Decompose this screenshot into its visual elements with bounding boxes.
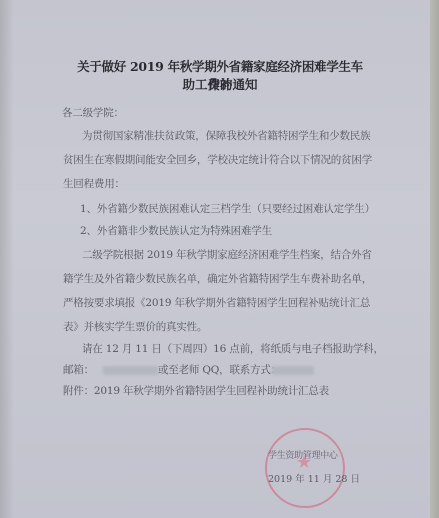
redacted-phone	[272, 366, 314, 375]
body-line: 贫困生在寒假期间能安全回乡，学校决定统计符合以下情况的贫困学	[63, 153, 372, 167]
body-line: 请在 12 月 11 日（下周四）16 点前，将纸质与电子档报助学科，	[82, 342, 384, 356]
email-label: 邮箱：	[63, 363, 94, 377]
body-line: 1、外省籍少数民族困难认定三档学生（只要经过困难认定学生）	[80, 202, 375, 216]
paper-edge	[430, 0, 439, 518]
redacted-email	[103, 366, 158, 375]
body-line: 二级学院根据 2019 年秋学期家庭经济困难学生档案，结合外省	[82, 248, 372, 262]
body-line: 为贯彻国家精准扶贫政策，保障我校外省籍特困学生和少数民族	[82, 129, 370, 143]
body-line: 严格按要求填报《2019 年秋学期外省籍特困学生回程补贴统计汇总	[63, 296, 370, 310]
attachment-line: 附件：2019 年秋学期外省籍特困学生回程补助统计汇总表	[63, 384, 329, 398]
paper-shadow	[0, 0, 14, 518]
issue-date: 2019 年 11 月 28 日	[268, 471, 360, 485]
body-line: 2、外省籍非少数民族认定为特殊困难学生	[80, 224, 272, 238]
issuing-organization: 学生资助管理中心	[268, 448, 338, 461]
contact-label: 或至老师 QQ，联系方式：	[158, 363, 281, 377]
body-line: 生回程费用：	[63, 177, 125, 191]
body-line: 籍学生及外省籍少数民族名单，确定外省籍特困学生车费补助名单，	[63, 272, 372, 286]
document-title-line2: 助工作的通知	[60, 76, 380, 94]
salutation: 各二级学院：	[62, 106, 124, 120]
body-line: 表》并核实学生票价的真实性。	[63, 320, 207, 334]
